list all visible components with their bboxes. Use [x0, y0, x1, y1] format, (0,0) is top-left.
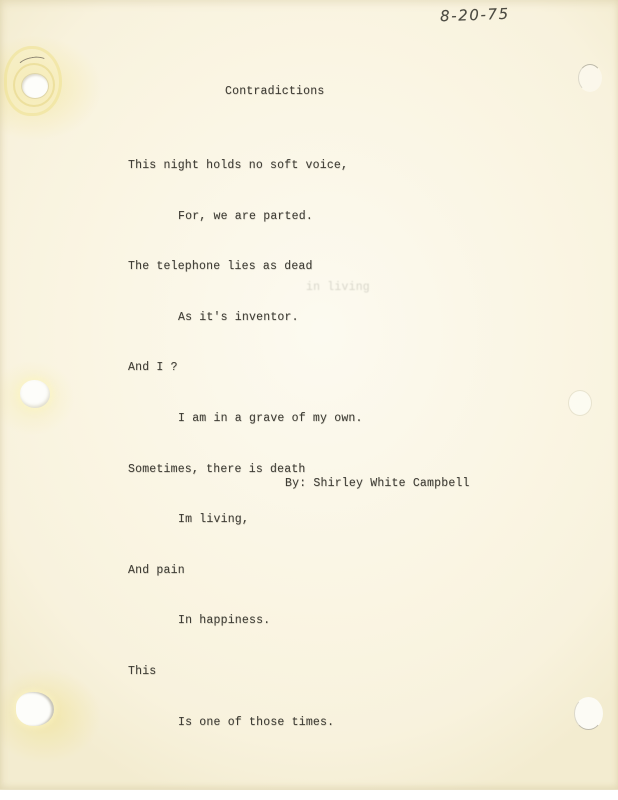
- poem-line: Is one of those times.: [128, 711, 363, 736]
- paper-sheet: 8-20-75 Contradictions This night holds …: [0, 0, 618, 790]
- poem-line: In happiness.: [128, 609, 363, 634]
- poem-line: Im living,: [128, 508, 363, 533]
- emboss-circle-top-right: [578, 64, 602, 92]
- poem-line: This night holds no soft voice,: [128, 154, 363, 179]
- poem-line: As it's inventor.: [128, 306, 363, 331]
- punch-hole-bottom-left: [16, 692, 54, 726]
- poem-line: And I ?: [128, 356, 363, 381]
- handwritten-date: 8-20-75: [440, 5, 510, 25]
- poem-title: Contradictions: [225, 84, 324, 100]
- poem-body: This night holds no soft voice, For, we …: [128, 128, 363, 761]
- author-byline: By: Shirley White Campbell: [285, 472, 470, 497]
- erased-text: in living: [306, 276, 370, 301]
- emboss-circle-middle-right: [568, 390, 592, 416]
- poem-line: I am in a grave of my own.: [128, 407, 363, 432]
- poem-line: For, we are parted.: [128, 205, 363, 230]
- emboss-circle-bottom-right: [574, 697, 603, 730]
- poem-line: And pain: [128, 559, 363, 584]
- poem-line: This: [128, 660, 363, 685]
- punch-hole-top-left: [22, 74, 48, 98]
- punch-hole-middle-left: [20, 380, 50, 408]
